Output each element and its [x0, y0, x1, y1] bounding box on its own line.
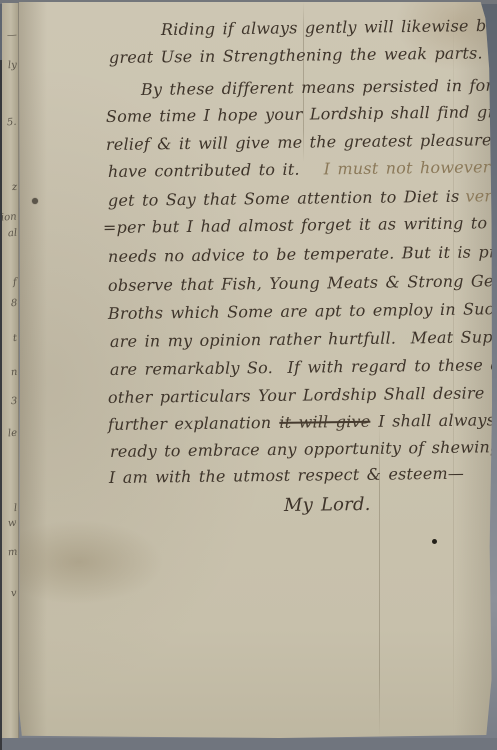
line-text: Some time I hope your Lordship shall fin…	[106, 102, 497, 126]
letter-line: relief & it will give me the greatest pl…	[106, 128, 497, 157]
line-text: I am with the utmost respect & esteem—	[109, 464, 464, 487]
letter-line: have contributed to it.I must not howeve…	[108, 155, 497, 184]
letter-line: needs no advice to be temperate. But it …	[108, 239, 497, 268]
letter-line: great Use in Strengthening the weak part…	[109, 41, 483, 70]
line-text: relief & it will give me the greatest pl…	[106, 130, 497, 154]
line-text: observe that Fish, Young Meats & Strong …	[108, 270, 497, 295]
letter-line: are in my opinion rather hurtfull. Meat …	[110, 325, 497, 354]
letter-line: =per but I had almost forget it as writi…	[103, 210, 497, 240]
line-text: other particulars Your Lordship Shall de…	[108, 383, 497, 407]
letter-line: Riding if always gently will likewise be…	[161, 14, 497, 42]
letter-line: I am with the utmost respect & esteem—	[109, 462, 464, 490]
letter-line: ready to embrace any opportunity of shew…	[110, 435, 497, 464]
line-text: My Lord.	[284, 494, 371, 516]
line-text: needs no advice to be temperate. But it …	[108, 241, 497, 266]
bleed-fragment: 5.	[7, 118, 17, 129]
letter-line: other particulars Your Lordship Shall de…	[108, 381, 497, 410]
line-text-faded: I must not however for-	[324, 157, 497, 178]
line-text: ready to embrace any opportunity of shew…	[110, 437, 497, 461]
letter-line: Some time I hope your Lordship shall fin…	[106, 100, 497, 129]
line-text: further explanation	[108, 413, 272, 434]
bleed-fragment: l	[13, 504, 17, 514]
bleed-fragment: m	[7, 548, 17, 559]
letter-line: By these different means persisted in fo…	[141, 74, 494, 102]
bleed-fragment: t	[13, 334, 18, 344]
line-text: I shall always be	[378, 410, 497, 431]
facing-page-edge: — ly 5. z ion al f 8 t n 3 le l w m v	[2, 3, 19, 738]
bleed-fragment: 8	[10, 299, 17, 309]
line-text: Riding if always gently will likewise be…	[161, 16, 497, 39]
letter-page: Riding if always gently will likewise be…	[19, 2, 492, 738]
photo-bottom-band	[0, 738, 497, 750]
line-text: By these different means persisted in fo…	[141, 76, 493, 99]
line-text-faded: very pro	[465, 186, 497, 206]
line-text: great Use in Strengthening the weak part…	[109, 43, 483, 67]
letter-salutation: My Lord.	[284, 493, 371, 518]
bleed-fragment: z	[11, 183, 17, 193]
bleed-fragment: ion	[2, 212, 17, 223]
letter-line: get to Say that Some attention to Diet i…	[108, 184, 497, 213]
bleed-fragment: v	[11, 589, 17, 599]
bleed-fragment: —	[7, 31, 18, 42]
manuscript-letter-photo: — ly 5. z ion al f 8 t n 3 le l w m v Ri…	[0, 0, 497, 750]
line-text: are remarkably So. If with regard to the…	[110, 355, 497, 379]
letter-body: Riding if always gently will likewise be…	[19, 2, 492, 738]
line-text: are in my opinion rather hurtfull. Meat …	[110, 327, 497, 351]
line-text: have contributed to it.	[108, 160, 300, 181]
bleed-fragment: le	[8, 429, 18, 440]
struck-through-text: it will give	[279, 412, 370, 432]
line-text-faded: one who	[493, 212, 497, 232]
letter-line: Broths which Some are apt to employ in S…	[108, 296, 497, 326]
bleed-fragment: 3	[10, 397, 17, 407]
line-text: get to Say that Some attention to Diet i…	[108, 187, 460, 210]
line-text: =per but I had almost forget it as writi…	[103, 213, 487, 237]
bleed-fragment: n	[10, 368, 17, 378]
letter-line: observe that Fish, Young Meats & Strong …	[108, 268, 497, 298]
bleed-fragment: ly	[8, 61, 18, 72]
letter-line: further explanationit will giveI shall a…	[108, 408, 497, 437]
letter-line: are remarkably So. If with regard to the…	[110, 353, 497, 382]
line-text: Broths which Some are apt to employ in S…	[108, 298, 497, 323]
bleed-fragment: f	[13, 278, 17, 288]
bleed-fragment: al	[7, 229, 17, 240]
bleed-fragment: w	[8, 519, 17, 530]
